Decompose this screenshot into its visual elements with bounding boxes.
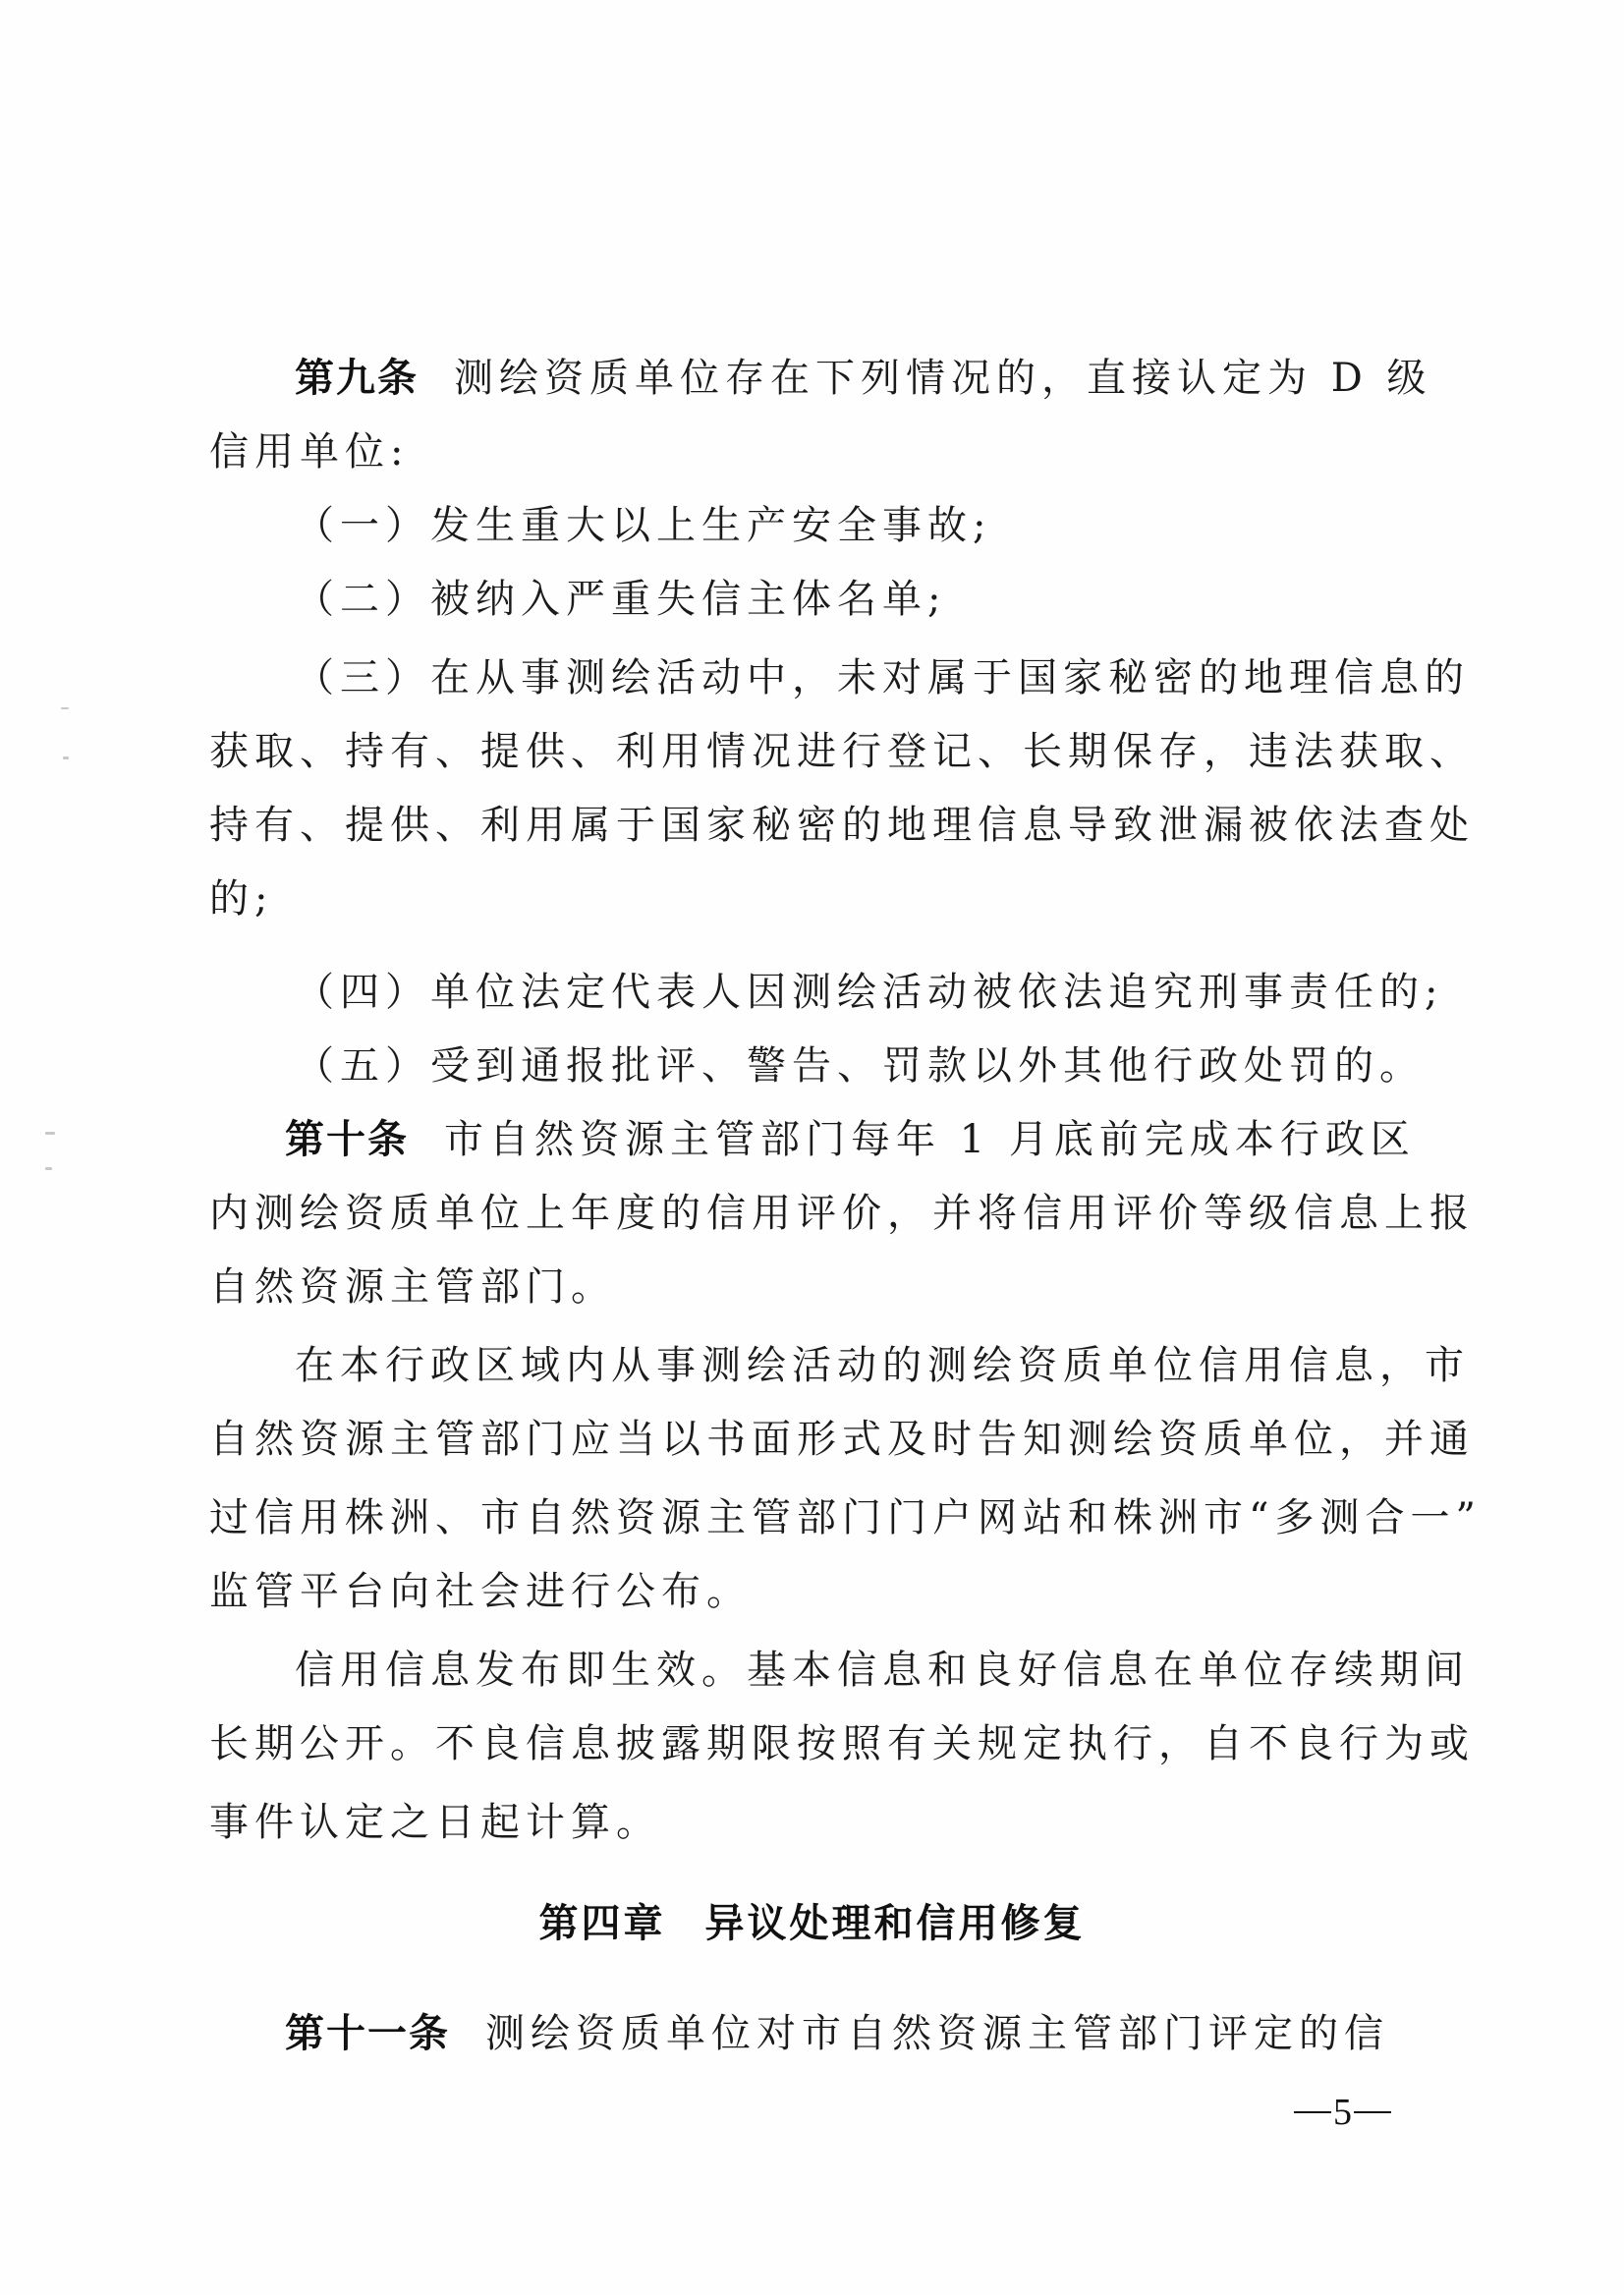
chapter-4-number: 第四章 bbox=[539, 1901, 666, 1946]
article-9-item-2: （二）被纳入严重失信主体名单; bbox=[295, 570, 1415, 629]
article-10-para-3-line-2: 长期公开。不良信息披露期限按照有关规定执行，自不良行为或 bbox=[209, 1714, 1413, 1773]
scan-speck bbox=[63, 756, 69, 759]
article-9-line-1: 第九条测绘资质单位存在下列情况的，直接认定为 D 级 bbox=[295, 349, 1415, 408]
article-9-line-2: 信用单位: bbox=[209, 422, 1413, 481]
article-10-para-2-line-1: 在本行政区域内从事测绘活动的测绘资质单位信用信息，市 bbox=[295, 1336, 1415, 1395]
chapter-4-heading: 第四章异议处理和信用修复 bbox=[0, 1894, 1624, 1953]
article-10-para-2-line-4: 监管平台向社会进行公布。 bbox=[209, 1562, 1413, 1621]
article-9-item-4: （四）单位法定代表人因测绘活动被依法追究刑事责任的; bbox=[295, 963, 1415, 1022]
article-11-line-1: 第十一条测绘资质单位对市自然资源主管部门评定的信 bbox=[285, 2004, 1488, 2063]
page-number-dash-right bbox=[1354, 2111, 1391, 2113]
article-9-item-3-line-2: 获取、持有、提供、利用情况进行登记、长期保存，违法获取、 bbox=[209, 722, 1413, 781]
article-10-para-2-line-2: 自然资源主管部门应当以书面形式及时告知测绘资质单位，并通 bbox=[209, 1410, 1413, 1469]
article-9-item-3-line-4: 的; bbox=[209, 869, 1413, 928]
scan-speck bbox=[45, 1132, 55, 1135]
article-10-line-2: 内测绘资质单位上年度的信用评价，并将信用评价等级信息上报 bbox=[209, 1184, 1413, 1243]
article-9-item-3-line-1: （三）在从事测绘活动中，未对属于国家秘密的地理信息的 bbox=[295, 648, 1415, 707]
scan-speck bbox=[61, 707, 69, 709]
article-9-text-1: 测绘资质单位存在下列情况的，直接认定为 D 级 bbox=[454, 356, 1432, 401]
article-9-item-5: （五）受到通报批评、警告、罚款以外其他行政处罚的。 bbox=[295, 1036, 1415, 1095]
article-11-text-1: 测绘资质单位对市自然资源主管部门评定的信 bbox=[485, 2011, 1389, 2056]
article-9-item-1: （一）发生重大以上生产安全事故; bbox=[295, 496, 1415, 555]
chapter-4-title: 异议处理和信用修复 bbox=[705, 1901, 1086, 1946]
article-10-para-3-line-3: 事件认定之日起计算。 bbox=[209, 1793, 1413, 1852]
article-10-line-1: 第十条市自然资源主管部门每年 1 月底前完成本行政区 bbox=[285, 1110, 1488, 1169]
article-10-text-1: 市自然资源主管部门每年 1 月底前完成本行政区 bbox=[444, 1117, 1416, 1162]
article-9-label: 第九条 bbox=[295, 356, 419, 401]
article-10-para-2-line-3: 过信用株洲、市自然资源主管部门门户网站和株洲市“多测合一” bbox=[209, 1488, 1413, 1547]
article-10-para-3-line-1: 信用信息发布即生效。基本信息和良好信息在单位存续期间 bbox=[295, 1641, 1415, 1700]
article-10-line-3: 自然资源主管部门。 bbox=[209, 1258, 1413, 1316]
page-number-dash-left bbox=[1294, 2111, 1331, 2113]
article-10-label: 第十条 bbox=[285, 1117, 409, 1162]
page-number: 5 bbox=[1292, 2091, 1393, 2134]
article-11-label: 第十一条 bbox=[285, 2011, 450, 2056]
document-page: 第九条测绘资质单位存在下列情况的，直接认定为 D 级 信用单位: （一）发生重大… bbox=[0, 0, 1624, 2295]
article-9-item-3-line-3: 持有、提供、利用属于国家秘密的地理信息导致泄漏被依法查处 bbox=[209, 796, 1413, 855]
scan-speck bbox=[45, 1167, 52, 1170]
page-number-value: 5 bbox=[1333, 2091, 1352, 2134]
